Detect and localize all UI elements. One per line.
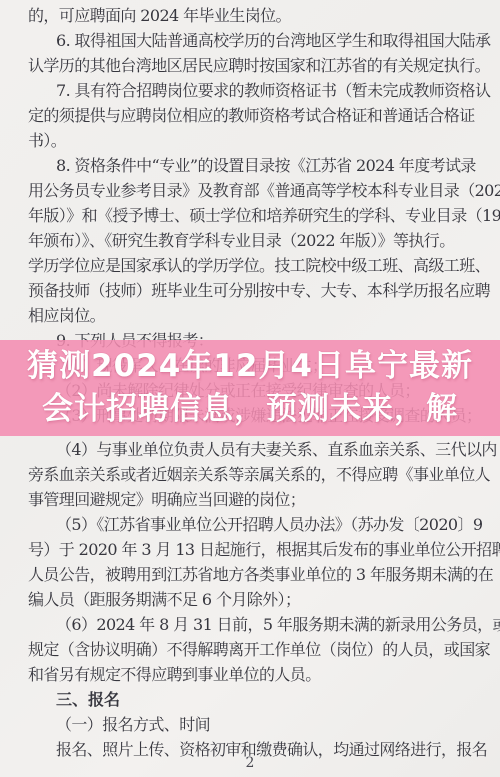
doc-line: 号）于 2020 年 3 月 13 日起施行，根据其后发布的事业单位公开招聘	[0, 537, 500, 562]
doc-line: 7. 具有符合招聘岗位要求的教师资格证书（暂未完成教师资格认	[0, 78, 500, 103]
doc-line: 预备技师（技师）班毕业生可分别按中专、大专、本科学历报名应聘	[0, 278, 500, 303]
doc-line: （5）《江苏省事业单位公开招聘人员办法》（苏办发〔2020〕9	[0, 512, 500, 537]
doc-line: 编人员（距服务期满不足 6 个月除外）；	[0, 587, 500, 612]
doc-line: 规定（含协议明确）不得解聘离开工作单位（岗位）的人员，或国家	[0, 637, 500, 662]
doc-line: 书）。	[0, 128, 500, 153]
doc-line: 学历学位应是国家承认的学历学位。技工院校中级工班、高级工班、	[0, 253, 500, 278]
doc-line: （6）2024 年 8 月 31 日前，5 年服务期未满的新录用公务员，或有	[0, 612, 500, 637]
doc-line: 人员公告，被聘用到江苏省地方各类事业单位的 3 年服务期未满的在	[0, 562, 500, 587]
document-page: 的，可应聘面向 2024 年毕业生岗位。6. 取得祖国大陆普通高校学历的台湾地区…	[0, 0, 500, 777]
doc-line: 和省另有规定不得应聘到事业单位的人员。	[0, 662, 500, 687]
doc-line: 6. 取得祖国大陆普通高校学历的台湾地区学生和取得祖国大陆承	[0, 28, 500, 53]
doc-line: 用公务员专业参考目录》及教育部《普通高等学校本科专业目录（2020	[0, 178, 500, 203]
promo-overlay-banner: 猜测2024年12月4日阜宁最新 会计招聘信息，预测未来，解	[0, 340, 500, 436]
doc-line: 旁系血亲关系或者近姻亲关系等亲属关系的，不得应聘《事业单位人	[0, 462, 500, 487]
banner-title-line2: 会计招聘信息，预测未来，解	[42, 388, 458, 431]
page-number: 2	[0, 755, 500, 771]
doc-line: 事管理回避规定》明确应当回避的岗位；	[0, 487, 500, 512]
doc-line: （4）与事业单位负责人员有夫妻关系、直系血亲关系、三代以内	[0, 437, 500, 462]
doc-line: 相应岗位。	[0, 303, 500, 328]
doc-line: 年颁布）》、《研究生教育学科专业目录（2022 年版）》等执行。	[0, 228, 500, 253]
doc-line: 定的须提供与应聘岗位相应的教师资格考试合格证和普通话合格证	[0, 103, 500, 128]
doc-line: 8. 资格条件中“专业”的设置目录按《江苏省 2024 年度考试录	[0, 153, 500, 178]
doc-line: 的，可应聘面向 2024 年毕业生岗位。	[0, 3, 500, 28]
doc-line: 年版）》和《授予博士、硕士学位和培养研究生的学科、专业目录（1997	[0, 203, 500, 228]
doc-line: （一）报名方式、时间	[0, 712, 500, 737]
doc-line: 三、报名	[0, 687, 500, 712]
banner-title-line1: 猜测2024年12月4日阜宁最新	[27, 345, 473, 388]
doc-line: 认学历的其他台湾地区居民应聘时按国家和江苏省的有关规定执行。	[0, 53, 500, 78]
